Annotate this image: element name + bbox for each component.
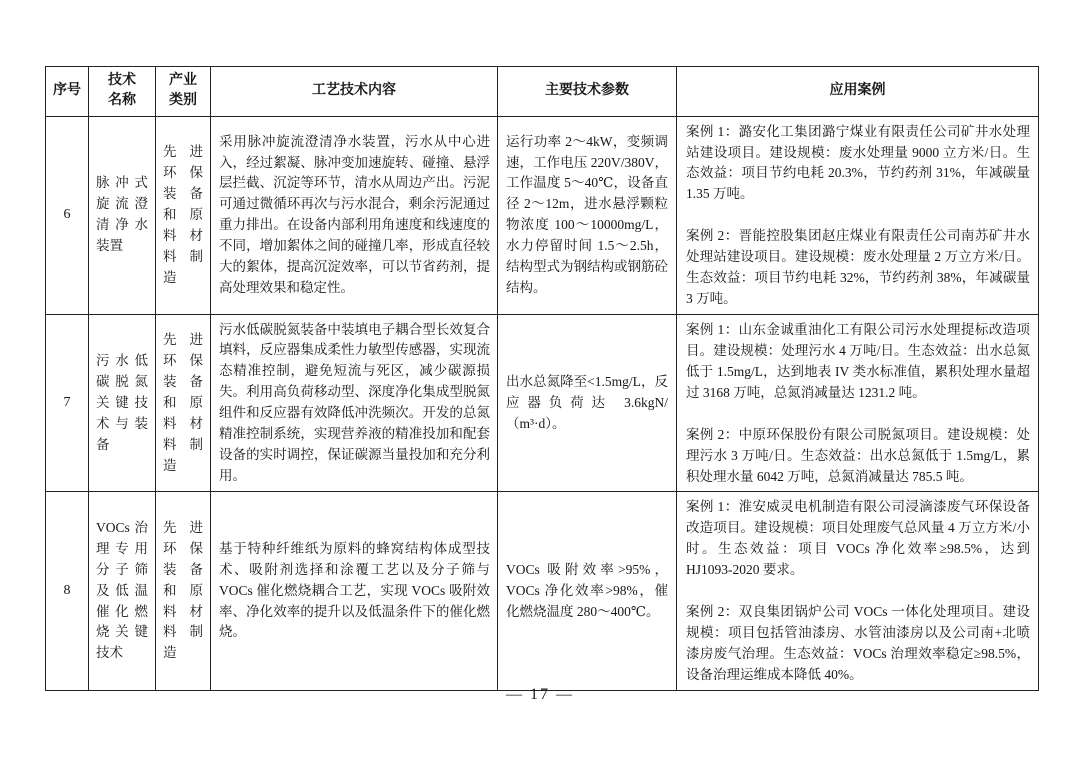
technology-table: 序号 技术 名称 产业 类别 工艺技术内容 主要技术参数 应用案例 6 脉冲式旋… (45, 66, 1039, 691)
case-paragraph: 案例 2：中原环保股份有限公司脱氮项目。建设规模：处理污水 3 万吨/日。生态效… (686, 425, 1030, 488)
document-page: 序号 技术 名称 产业 类别 工艺技术内容 主要技术参数 应用案例 6 脉冲式旋… (0, 0, 1080, 763)
application-cases-cell: 案例 1：淮安威灵电机制造有限公司浸滴漆废气环保设备改造项目。建设规模：项目处理… (677, 492, 1039, 690)
process-content-cell: 污水低碳脱氮装备中装填电子耦合型长效复合填料，反应器集成柔性力敏型传感器，实现流… (211, 314, 498, 491)
column-header-process-content: 工艺技术内容 (211, 67, 498, 117)
column-header-application-cases: 应用案例 (677, 67, 1039, 117)
table-row: 7 污水低碳脱氮关键技术与装备 先进环保装备和原料材料制造 污水低碳脱氮装备中装… (46, 314, 1039, 491)
industry-category-cell: 先进环保装备和原料材料制造 (156, 492, 211, 690)
page-number: — 17 — (0, 686, 1080, 704)
table-row: 8 VOCs 治理专用分子筛及低温催化燃烧关键技术 先进环保装备和原料材料制造 … (46, 492, 1039, 690)
case-paragraph: 案例 1：山东金诚重油化工有限公司污水处理提标改造项目。建设规模：处理污水 4 … (686, 320, 1030, 404)
case-paragraph: 案例 1：淮安威灵电机制造有限公司浸滴漆废气环保设备改造项目。建设规模：项目处理… (686, 497, 1030, 581)
column-header-industry-category: 产业 类别 (156, 67, 211, 117)
process-content-cell: 采用脉冲旋流澄清净水装置，污水从中心进入，经过絮凝、脉冲变加速旋转、碰撞、悬浮层… (211, 116, 498, 314)
column-header-tech-params: 主要技术参数 (498, 67, 677, 117)
case-paragraph: 案例 2：晋能控股集团赵庄煤业有限责任公司南苏矿井水处理站建设项目。建设规模：废… (686, 226, 1030, 310)
table-row: 6 脉冲式旋流澄清净水装置 先进环保装备和原料材料制造 采用脉冲旋流澄清净水装置… (46, 116, 1039, 314)
case-paragraph: 案例 1：潞安化工集团潞宁煤业有限责任公司矿井水处理站建设项目。建设规模：废水处… (686, 122, 1030, 206)
process-content-cell: 基于特种纤维纸为原料的蜂窝结构体成型技术、吸附剂选择和涂覆工艺以及分子筛与 VO… (211, 492, 498, 690)
column-header-seq: 序号 (46, 67, 89, 117)
seq-cell: 6 (46, 116, 89, 314)
tech-name-cell: VOCs 治理专用分子筛及低温催化燃烧关键技术 (89, 492, 156, 690)
application-cases-cell: 案例 1：山东金诚重油化工有限公司污水处理提标改造项目。建设规模：处理污水 4 … (677, 314, 1039, 491)
tech-params-cell: VOCs 吸附效率>95%，VOCs 净化效率>98%，催化燃烧温度 280～4… (498, 492, 677, 690)
tech-params-cell: 出水总氮降至<1.5mg/L，反应器负荷达 3.6kgN/（m³·d）。 (498, 314, 677, 491)
tech-name-cell: 脉冲式旋流澄清净水装置 (89, 116, 156, 314)
tech-params-cell: 运行功率 2～4kW，变频调速，工作电压 220V/380V，工作温度 5～40… (498, 116, 677, 314)
column-header-tech-name: 技术 名称 (89, 67, 156, 117)
table-header-row: 序号 技术 名称 产业 类别 工艺技术内容 主要技术参数 应用案例 (46, 67, 1039, 117)
tech-name-cell: 污水低碳脱氮关键技术与装备 (89, 314, 156, 491)
application-cases-cell: 案例 1：潞安化工集团潞宁煤业有限责任公司矿井水处理站建设项目。建设规模：废水处… (677, 116, 1039, 314)
industry-category-cell: 先进环保装备和原料材料制造 (156, 116, 211, 314)
seq-cell: 8 (46, 492, 89, 690)
case-paragraph: 案例 2：双良集团锅炉公司 VOCs 一体化处理项目。建设规模：项目包括管油漆房… (686, 602, 1030, 686)
industry-category-cell: 先进环保装备和原料材料制造 (156, 314, 211, 491)
seq-cell: 7 (46, 314, 89, 491)
